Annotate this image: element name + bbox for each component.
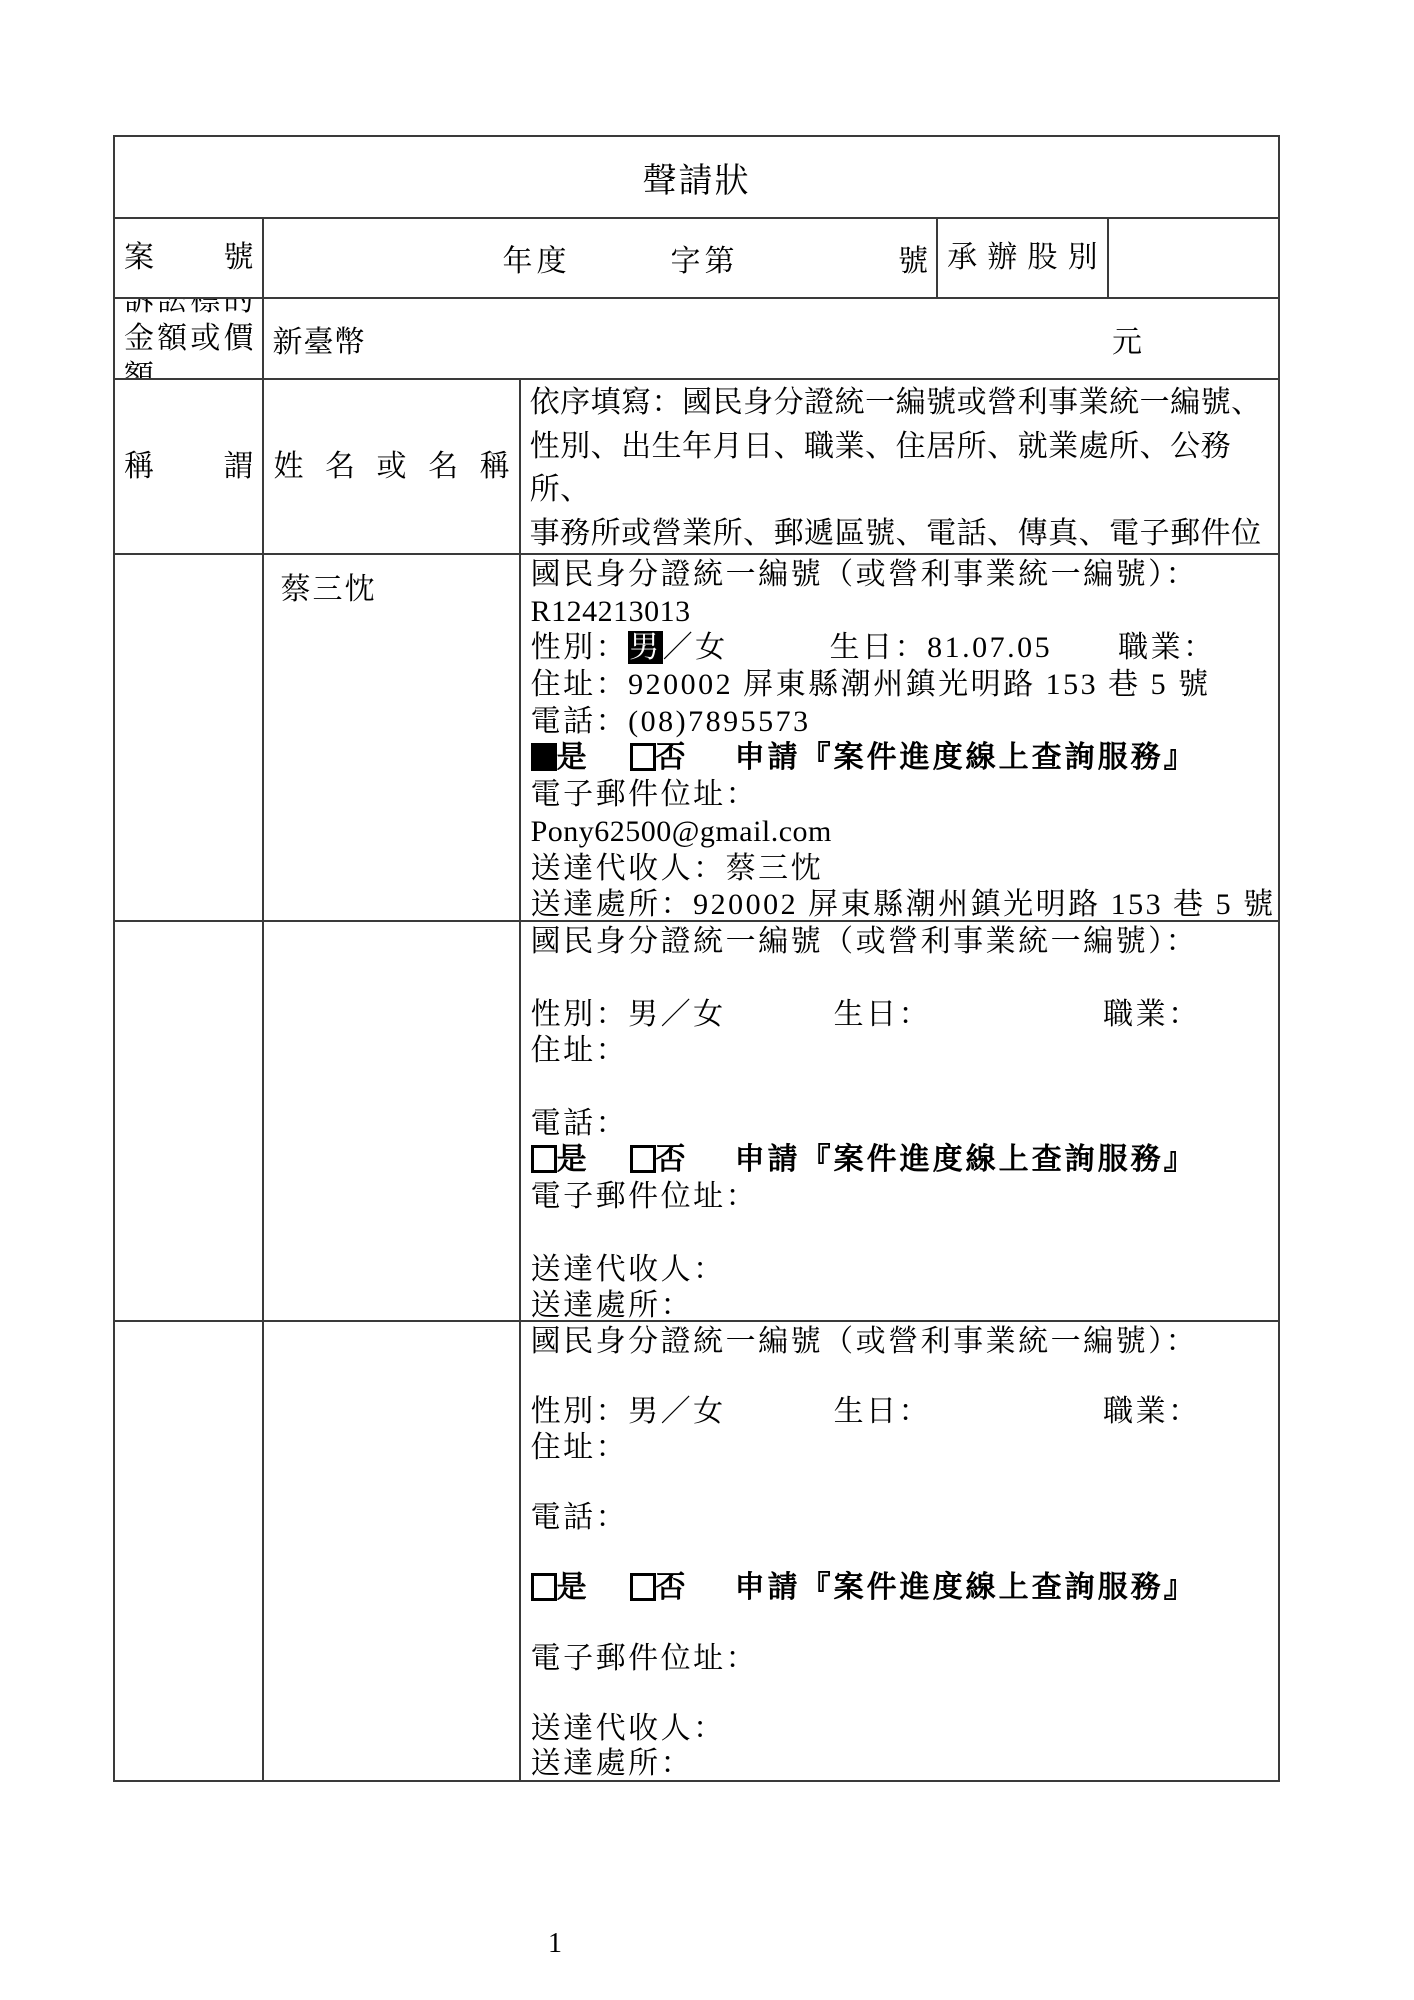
party3-sex-line: 性別：男／女 <box>531 1395 726 1428</box>
party2-no-checkbox <box>630 1145 656 1173</box>
party2-detail-cell: 國民身分證統一編號（或營利事業統一編號）： 性別：男／女生日：職業： 住址： 電… <box>521 922 1278 1320</box>
party1-yes-label: 是 <box>557 741 590 774</box>
claim-amount-label-cell: 訴訟標的 金額或價額 <box>115 299 264 378</box>
party3-apply-text: 申請『案件進度線上查詢服務』 <box>735 1571 1197 1604</box>
party3-no-label: 否 <box>656 1571 689 1604</box>
party1-email-label: 電子郵件位址： <box>531 777 1274 814</box>
claim-amount-label-line2: 金額或價額 <box>115 320 262 379</box>
party3-name-cell <box>264 1322 520 1780</box>
party1-detail-cell: 國民身分證統一編號（或營利事業統一編號）： R124213013 性別：男／女生… <box>521 555 1278 920</box>
party1-sex-male-selected: 男 <box>628 631 663 664</box>
party3-role-cell <box>115 1322 264 1780</box>
party3-no-checkbox <box>630 1573 656 1601</box>
party2-yes-label: 是 <box>557 1143 590 1176</box>
dept-label-cell: 承辦股別 <box>938 219 1108 297</box>
party2-row: 國民身分證統一編號（或營利事業統一編號）： 性別：男／女生日：職業： 住址： 電… <box>115 922 1278 1322</box>
currency-unit-label: 元 <box>1112 317 1142 361</box>
party2-phone-label: 電話： <box>531 1106 1274 1142</box>
claim-amount-row: 訴訟標的 金額或價額 新臺幣 元 <box>115 299 1278 380</box>
party3-email-label: 電子郵件位址： <box>531 1641 1274 1676</box>
party1-address: 住址：920002 屏東縣潮州鎮光明路 153 巷 5 號 <box>531 667 1274 704</box>
party3-detail-cell: 國民身分證統一編號（或營利事業統一編號）： 性別：男／女生日：職業： 住址： 電… <box>521 1322 1278 1780</box>
party3-yes-label: 是 <box>557 1571 590 1604</box>
party1-birth: 生日：81.07.05 <box>830 631 1053 664</box>
party1-no-label: 否 <box>656 741 689 774</box>
dept-value-cell <box>1109 219 1278 297</box>
party1-sex-label: 性別： <box>531 631 629 664</box>
case-number-value-cell: 年度 字第 號 <box>264 219 938 297</box>
party2-birth-label: 生日： <box>834 998 932 1031</box>
name-header-cell: 姓名或名稱 <box>264 380 520 553</box>
page-number: 1 <box>505 1928 605 1960</box>
case-number-row: 案號 年度 字第 號 承辦股別 <box>115 219 1278 299</box>
party3-service-agent-label: 送達代收人： <box>531 1711 1274 1746</box>
party1-id-label: 國民身分證統一編號（或營利事業統一編號）： <box>531 557 1274 594</box>
party2-service-agent-label: 送達代收人： <box>531 1252 1274 1288</box>
party1-apply-text: 申請『案件進度線上查詢服務』 <box>735 741 1197 774</box>
claim-amount-value-cell: 新臺幣 元 <box>264 299 1278 378</box>
role-label: 稱謂 <box>115 448 262 486</box>
party1-id-value: R124213013 <box>531 594 1274 631</box>
party3-row: 國民身分證統一編號（或營利事業統一編號）： 性別：男／女生日：職業： 住址： 電… <box>115 1322 1278 1780</box>
case-zi-label: 字第 <box>670 236 738 280</box>
party1-sex-female: ／女 <box>663 631 728 664</box>
party2-service-place-label: 送達處所： <box>531 1288 1274 1320</box>
party1-service-place: 送達處所：920002 屏東縣潮州鎮光明路 153 巷 5 號 <box>531 887 1274 920</box>
document-title: 聲請狀 <box>643 153 751 202</box>
party1-email-value: Pony62500@gmail.com <box>531 814 1274 851</box>
party3-sex-birth-job-line: 性別：男／女生日：職業： <box>531 1394 1274 1429</box>
party1-name: 蔡三忱 <box>264 555 518 608</box>
party3-id-label: 國民身分證統一編號（或營利事業統一編號）： <box>531 1324 1274 1359</box>
party3-phone-label: 電話： <box>531 1500 1274 1535</box>
party2-yes-checkbox <box>531 1145 557 1173</box>
claim-amount-label-line1: 訴訟標的 <box>115 299 262 320</box>
party3-job-label: 職業： <box>1103 1395 1201 1428</box>
instruction-line-1: 依序填寫：國民身分證統一編號或營利事業統一編號、 <box>530 381 1274 425</box>
role-header-row: 稱謂 姓名或名稱 依序填寫：國民身分證統一編號或營利事業統一編號、 性別、出生年… <box>115 380 1278 555</box>
petition-form-table: 聲請狀 案號 年度 字第 號 承辦股別 訴訟標的 金額或價額 <box>113 135 1280 1782</box>
party2-role-cell <box>115 922 264 1320</box>
petition-document-page: 聲請狀 案號 年度 字第 號 承辦股別 訴訟標的 金額或價額 <box>0 0 1414 2000</box>
party3-address-label: 住址： <box>531 1430 1274 1465</box>
case-number-label-cell: 案號 <box>115 219 264 297</box>
party1-name-cell: 蔡三忱 <box>264 555 520 920</box>
party2-sex-line: 性別：男／女 <box>531 998 726 1031</box>
instruction-line-2: 性別、出生年月日、職業、住居所、就業處所、公務所、 <box>530 425 1274 512</box>
party1-no-checkbox <box>630 743 656 771</box>
party1-yes-checkbox <box>531 743 557 771</box>
party2-name-cell <box>264 922 520 1320</box>
party2-sex-birth-job-line: 性別：男／女生日：職業： <box>531 997 1274 1033</box>
party1-phone: 電話：(08)7895573 <box>531 704 1274 741</box>
party1-row: 蔡三忱 國民身分證統一編號（或營利事業統一編號）： R124213013 性別：… <box>115 555 1278 922</box>
party3-birth-label: 生日： <box>834 1395 932 1428</box>
role-label-cell: 稱謂 <box>115 380 264 553</box>
case-year-label: 年度 <box>502 236 570 280</box>
party2-job-label: 職業： <box>1103 998 1201 1031</box>
party1-role-cell <box>115 555 264 920</box>
party1-sex-birth-job-line: 性別：男／女生日：81.07.05職業： <box>531 630 1274 667</box>
party2-no-label: 否 <box>656 1143 689 1176</box>
party1-job-label: 職業： <box>1118 631 1216 664</box>
name-header-label: 姓名或名稱 <box>264 448 518 486</box>
currency-label: 新臺幣 <box>272 317 365 361</box>
party2-id-label: 國民身分證統一編號（或營利事業統一編號）： <box>531 924 1274 960</box>
case-number-label: 案號 <box>115 239 262 277</box>
party3-service-place-label: 送達處所： <box>531 1746 1274 1780</box>
party3-online-service-line: 是否申請『案件進度線上查詢服務』 <box>531 1570 1274 1605</box>
party1-service-agent: 送達代收人：蔡三忱 <box>531 851 1274 888</box>
title-row: 聲請狀 <box>115 137 1278 219</box>
party2-address-label: 住址： <box>531 1033 1274 1069</box>
case-hao-label: 號 <box>898 236 928 280</box>
party2-email-label: 電子郵件位址： <box>531 1179 1274 1215</box>
party3-yes-checkbox <box>531 1573 557 1601</box>
party2-apply-text: 申請『案件進度線上查詢服務』 <box>735 1143 1197 1176</box>
party1-online-service-line: 是否申請『案件進度線上查詢服務』 <box>531 740 1274 777</box>
fill-instructions-cell: 依序填寫：國民身分證統一編號或營利事業統一編號、 性別、出生年月日、職業、住居所… <box>521 380 1278 553</box>
party2-online-service-line: 是否申請『案件進度線上查詢服務』 <box>531 1142 1274 1178</box>
instruction-line-3: 事務所或營業所、郵遞區號、電話、傳真、電子郵件位 <box>530 512 1274 553</box>
dept-label: 承辦股別 <box>938 239 1106 277</box>
